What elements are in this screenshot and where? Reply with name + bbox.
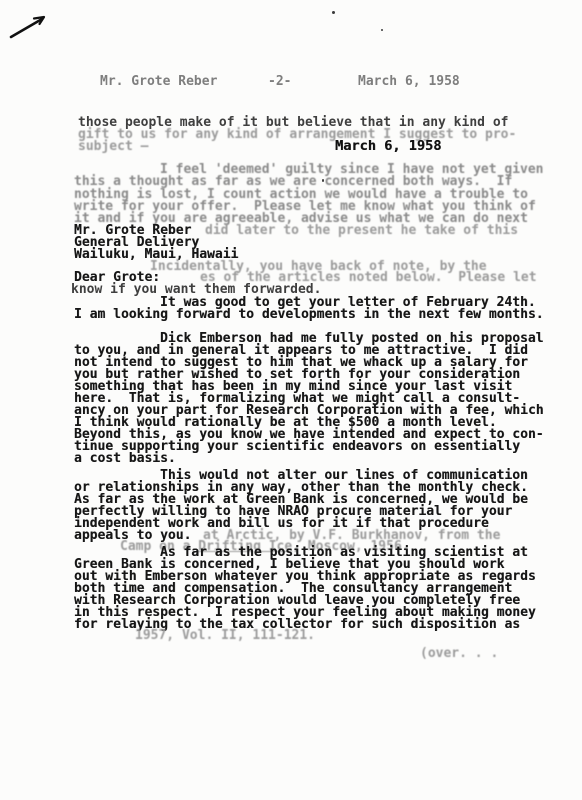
ghost-line: 1957, Vol. II, 111-121. <box>135 630 315 642</box>
letter-line: I am looking forward to developments in … <box>74 309 544 321</box>
ghost-line: did later to the present he take of this <box>205 225 518 237</box>
header-page-number: -2- <box>268 76 291 88</box>
ghost-line: subject — <box>78 141 148 153</box>
scan-speck <box>381 29 383 31</box>
continuation-mark: (over. . . <box>420 648 498 660</box>
letter-line: a cost basis. <box>74 453 176 465</box>
scan-speck <box>332 11 335 14</box>
pen-arrow-annotation <box>8 12 52 42</box>
header-date: March 6, 1958 <box>358 76 460 88</box>
header-addressee: Mr. Grote Reber <box>100 76 217 88</box>
letter-page: Mr. Grote Reber -2- March 6, 1958 those … <box>0 0 582 800</box>
letter-date: March 6, 1958 <box>335 140 441 152</box>
